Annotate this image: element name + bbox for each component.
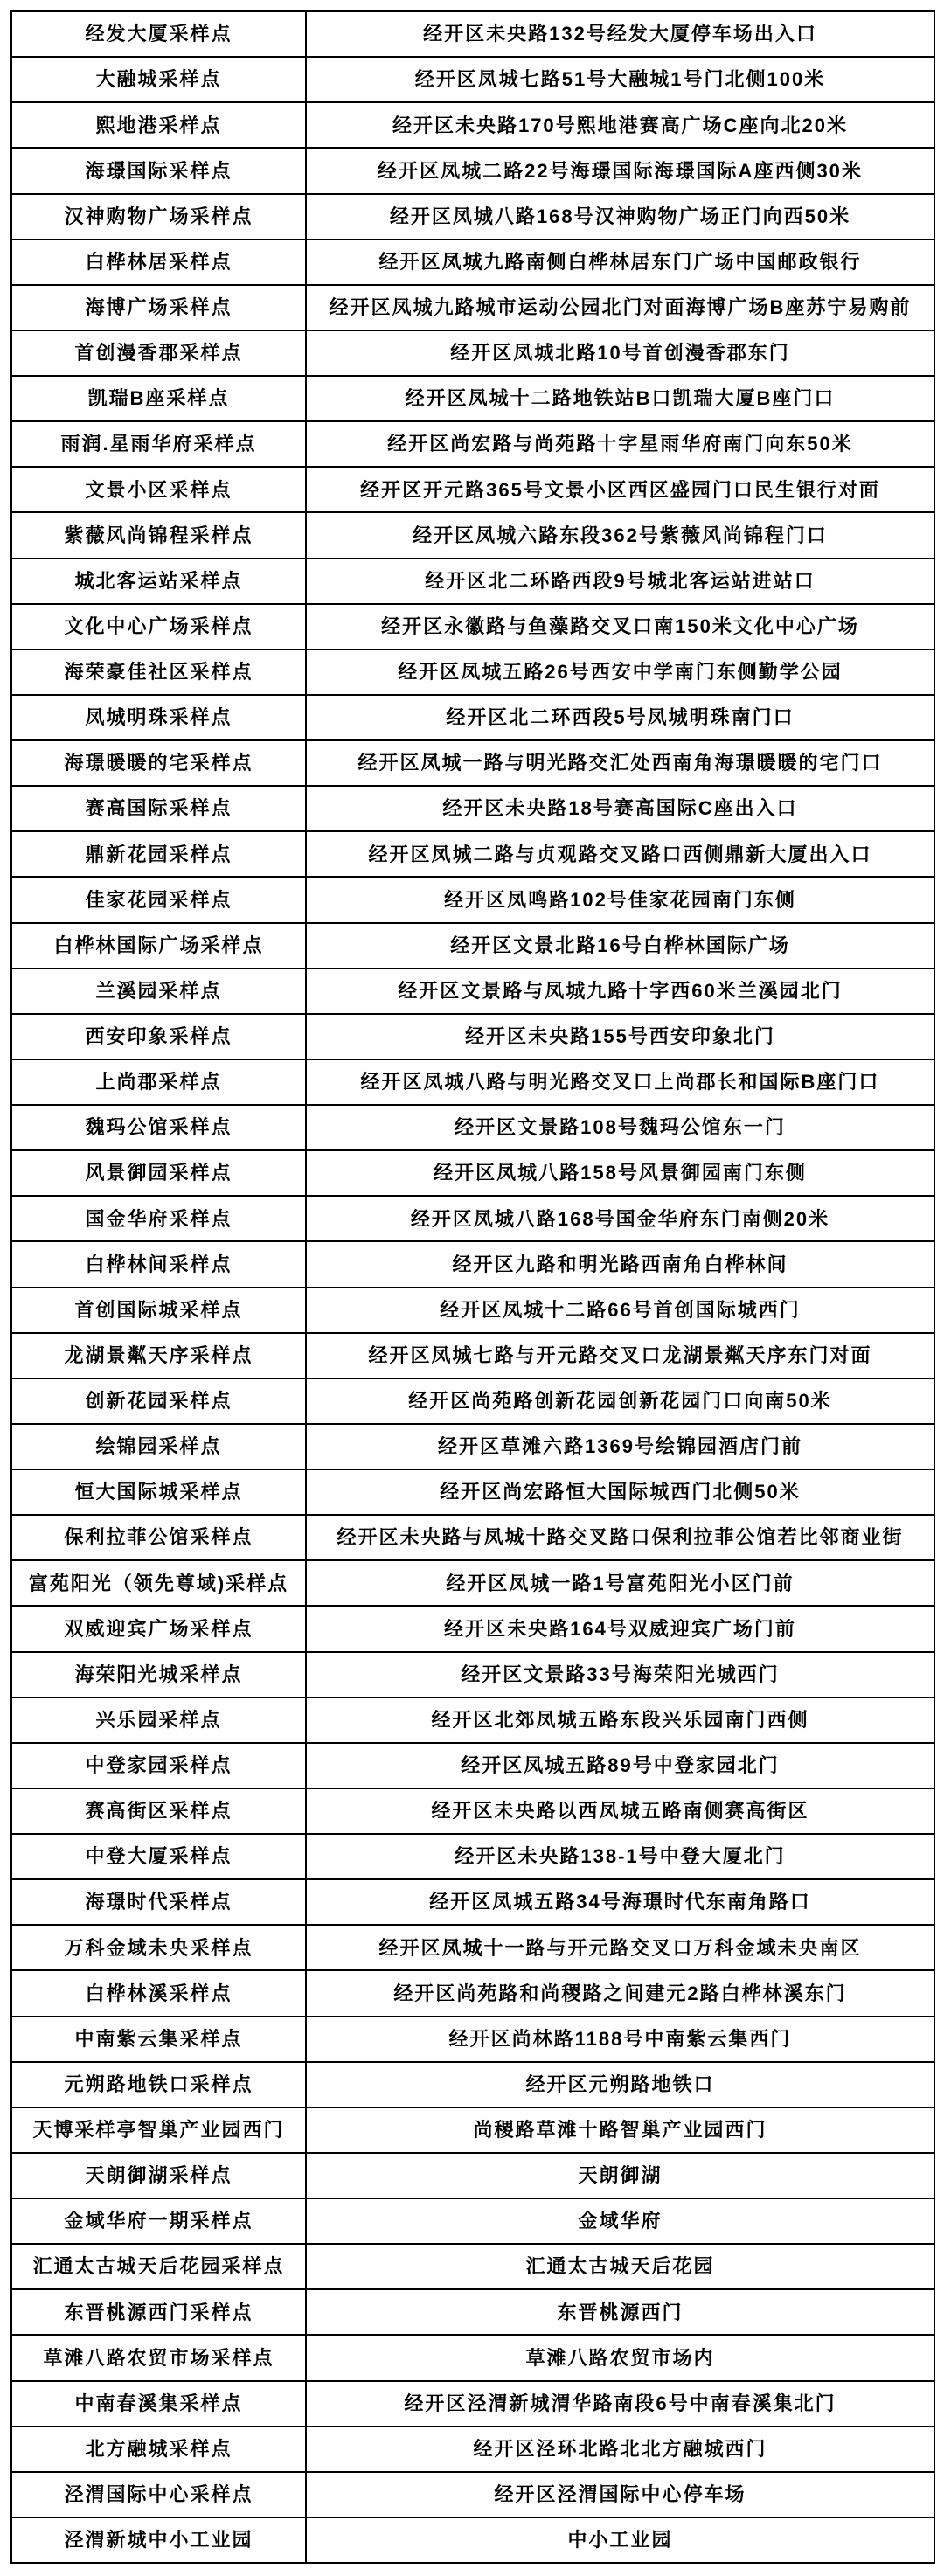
table-row: 国金华府采样点 经开区凤城八路168号国金华府东门南侧20米 bbox=[11, 1196, 934, 1241]
site-address-cell: 经开区泾渭国际中心停车场 bbox=[306, 2472, 934, 2517]
table-row: 草滩八路农贸市场采样点 草滩八路农贸市场内 bbox=[11, 2335, 934, 2380]
site-name-cell: 佳家花园采样点 bbox=[11, 877, 306, 922]
site-name-cell: 海博广场采样点 bbox=[11, 285, 306, 330]
site-name-cell: 西安印象采样点 bbox=[11, 1014, 306, 1059]
site-name-cell: 汇通太古城天后花园采样点 bbox=[11, 2244, 306, 2289]
table-row: 龙湖景粼天序采样点 经开区凤城七路与开元路交叉口龙湖景粼天序东门对面 bbox=[11, 1333, 934, 1378]
table-row: 恒大国际城采样点 经开区尚宏路恒大国际城西门北侧50米 bbox=[11, 1469, 934, 1515]
table-row: 保利拉菲公馆采样点 经开区未央路与凤城十路交叉路口保利拉菲公馆若比邻商业街 bbox=[11, 1515, 934, 1560]
site-address-cell: 经开区泾环北路北北方融城西门 bbox=[306, 2427, 934, 2472]
site-address-cell: 经开区九路和明光路西南角白桦林间 bbox=[306, 1241, 934, 1287]
table-row: 经发大厦采样点 经开区未央路132号经发大厦停车场出入口 bbox=[11, 11, 934, 57]
table-row: 海博广场采样点 经开区凤城九路城市运动公园北门对面海博广场B座苏宁易购前 bbox=[11, 285, 934, 330]
table-row: 双威迎宾广场采样点 经开区未央路164号双威迎宾广场门前 bbox=[11, 1606, 934, 1651]
site-address-cell: 经开区凤城十二路66号首创国际城西门 bbox=[306, 1288, 934, 1333]
table-row: 白桦林间采样点 经开区九路和明光路西南角白桦林间 bbox=[11, 1241, 934, 1287]
site-address-cell: 经开区凤城八路158号风景御园南门东侧 bbox=[306, 1150, 934, 1196]
site-name-cell: 白桦林国际广场采样点 bbox=[11, 923, 306, 969]
site-name-cell: 天博采样亭智巢产业园西门 bbox=[11, 2107, 306, 2153]
table-row: 首创国际城采样点 经开区凤城十二路66号首创国际城西门 bbox=[11, 1288, 934, 1333]
table-row: 紫薇风尚锦程采样点 经开区凤城六路东段362号紫薇风尚锦程门口 bbox=[11, 512, 934, 558]
site-address-cell: 经开区未央路170号熙地港赛高广场C座向北20米 bbox=[306, 102, 934, 148]
site-address-cell: 经开区凤城一路1号富苑阳光小区门前 bbox=[306, 1560, 934, 1606]
site-address-cell: 经开区凤城八路与明光路交叉口上尚郡长和国际B座门口 bbox=[306, 1059, 934, 1105]
site-address-cell: 经开区凤城九路南侧白桦林居东门广场中国邮政银行 bbox=[306, 240, 934, 285]
table-row: 文景小区采样点 经开区开元路365号文景小区西区盛园门口民生银行对面 bbox=[11, 467, 934, 512]
site-address-cell: 经开区凤城八路168号汉神购物广场正门向西50米 bbox=[306, 194, 934, 240]
table-row: 金域华府一期采样点 金域华府 bbox=[11, 2198, 934, 2244]
site-address-cell: 经开区尚宏路恒大国际城西门北侧50米 bbox=[306, 1469, 934, 1515]
table-row: 富苑阳光（领先尊域)采样点 经开区凤城一路1号富苑阳光小区门前 bbox=[11, 1560, 934, 1606]
site-address-cell: 经开区永徽路与鱼藻路交叉口南150米文化中心广场 bbox=[306, 604, 934, 649]
table-row: 白桦林国际广场采样点 经开区文景北路16号白桦林国际广场 bbox=[11, 923, 934, 969]
site-address-cell: 经开区文景路33号海荣阳光城西门 bbox=[306, 1652, 934, 1698]
site-address-cell: 经开区凤城七路51号大融城1号门北侧100米 bbox=[306, 57, 934, 102]
table-row: 绘锦园采样点 经开区草滩六路1369号绘锦园酒店门前 bbox=[11, 1424, 934, 1469]
site-name-cell: 创新花园采样点 bbox=[11, 1378, 306, 1424]
site-address-cell: 经开区未央路164号双威迎宾广场门前 bbox=[306, 1606, 934, 1651]
site-address-cell: 经开区凤城九路城市运动公园北门对面海博广场B座苏宁易购前 bbox=[306, 285, 934, 330]
site-name-cell: 中登大厦采样点 bbox=[11, 1834, 306, 1879]
site-name-cell: 经发大厦采样点 bbox=[11, 11, 306, 57]
site-name-cell: 海璟暖暖的宅采样点 bbox=[11, 740, 306, 786]
site-name-cell: 凤城明珠采样点 bbox=[11, 695, 306, 740]
site-name-cell: 万科金域未央采样点 bbox=[11, 1925, 306, 1970]
site-name-cell: 白桦林居采样点 bbox=[11, 240, 306, 285]
site-address-cell: 经开区凤城十一路与开元路交叉口万科金域未央南区 bbox=[306, 1925, 934, 1970]
table-row: 泾渭新城中小工业园 中小工业园 bbox=[11, 2517, 934, 2563]
site-address-cell: 汇通太古城天后花园 bbox=[306, 2244, 934, 2289]
site-address-cell: 经开区凤城八路168号国金华府东门南侧20米 bbox=[306, 1196, 934, 1241]
site-name-cell: 天朗御湖采样点 bbox=[11, 2153, 306, 2198]
table-row: 白桦林溪采样点 经开区尚苑路和尚稷路之间建元2路白桦林溪东门 bbox=[11, 1970, 934, 2016]
site-name-cell: 金域华府一期采样点 bbox=[11, 2198, 306, 2244]
table-row: 凯瑞B座采样点 经开区凤城十二路地铁站B口凯瑞大厦B座门口 bbox=[11, 376, 934, 421]
site-name-cell: 保利拉菲公馆采样点 bbox=[11, 1515, 306, 1560]
site-address-cell: 尚稷路草滩十路智巢产业园西门 bbox=[306, 2107, 934, 2153]
site-name-cell: 龙湖景粼天序采样点 bbox=[11, 1333, 306, 1378]
site-name-cell: 熙地港采样点 bbox=[11, 102, 306, 148]
table-row: 熙地港采样点 经开区未央路170号熙地港赛高广场C座向北20米 bbox=[11, 102, 934, 148]
site-name-cell: 兴乐园采样点 bbox=[11, 1698, 306, 1743]
site-name-cell: 雨润.星雨华府采样点 bbox=[11, 421, 306, 467]
table-row: 海璟国际采样点 经开区凤城二路22号海璟国际海璟国际A座西侧30米 bbox=[11, 148, 934, 193]
site-address-cell: 经开区未央路138-1号中登大厦北门 bbox=[306, 1834, 934, 1879]
site-address-cell: 经开区尚宏路与尚苑路十字星雨华府南门向东50米 bbox=[306, 421, 934, 467]
table-row: 鼎新花园采样点 经开区凤城二路与贞观路交叉路口西侧鼎新大厦出入口 bbox=[11, 831, 934, 877]
site-address-cell: 天朗御湖 bbox=[306, 2153, 934, 2198]
table-row: 海璟暖暖的宅采样点 经开区凤城一路与明光路交汇处西南角海璟暖暖的宅门口 bbox=[11, 740, 934, 786]
site-name-cell: 泾渭新城中小工业园 bbox=[11, 2517, 306, 2563]
site-address-cell: 经开区凤城一路与明光路交汇处西南角海璟暖暖的宅门口 bbox=[306, 740, 934, 786]
table-row: 汇通太古城天后花园采样点 汇通太古城天后花园 bbox=[11, 2244, 934, 2289]
site-name-cell: 海荣豪佳社区采样点 bbox=[11, 649, 306, 695]
site-name-cell: 上尚郡采样点 bbox=[11, 1059, 306, 1105]
site-address-cell: 经开区北郊凤城五路东段兴乐园南门西侧 bbox=[306, 1698, 934, 1743]
site-name-cell: 文景小区采样点 bbox=[11, 467, 306, 512]
site-address-cell: 中小工业园 bbox=[306, 2517, 934, 2563]
site-name-cell: 东晋桃源西门采样点 bbox=[11, 2289, 306, 2335]
site-name-cell: 海璟时代采样点 bbox=[11, 1879, 306, 1925]
site-address-cell: 经开区凤城六路东段362号紫薇风尚锦程门口 bbox=[306, 512, 934, 558]
site-name-cell: 紫薇风尚锦程采样点 bbox=[11, 512, 306, 558]
page: 经发大厦采样点 经开区未央路132号经发大厦停车场出入口 大融城采样点 经开区凤… bbox=[0, 0, 944, 2576]
site-address-cell: 经开区凤城五路89号中登家园北门 bbox=[306, 1743, 934, 1788]
site-name-cell: 草滩八路农贸市场采样点 bbox=[11, 2335, 306, 2380]
site-name-cell: 赛高街区采样点 bbox=[11, 1788, 306, 1834]
table-row: 天博采样亭智巢产业园西门 尚稷路草滩十路智巢产业园西门 bbox=[11, 2107, 934, 2153]
site-address-cell: 经开区未央路以西凤城五路南侧赛高街区 bbox=[306, 1788, 934, 1834]
site-address-cell: 经开区北二环西段5号凤城明珠南门口 bbox=[306, 695, 934, 740]
table-row: 中南春溪集采样点 经开区泾渭新城渭华路南段6号中南春溪集北门 bbox=[11, 2381, 934, 2427]
site-name-cell: 魏玛公馆采样点 bbox=[11, 1105, 306, 1150]
table-row: 雨润.星雨华府采样点 经开区尚宏路与尚苑路十字星雨华府南门向东50米 bbox=[11, 421, 934, 467]
site-address-cell: 经开区文景路与凤城九路十字西60米兰溪园北门 bbox=[306, 969, 934, 1014]
site-address-cell: 经开区尚林路1188号中南紫云集西门 bbox=[306, 2017, 934, 2062]
site-address-cell: 经开区凤鸣路102号佳家花园南门东侧 bbox=[306, 877, 934, 922]
site-address-cell: 经开区北二环路西段9号城北客运站进站口 bbox=[306, 559, 934, 604]
site-name-cell: 白桦林溪采样点 bbox=[11, 1970, 306, 2016]
table-row: 万科金域未央采样点 经开区凤城十一路与开元路交叉口万科金域未央南区 bbox=[11, 1925, 934, 1970]
table-row: 魏玛公馆采样点 经开区文景路108号魏玛公馆东一门 bbox=[11, 1105, 934, 1150]
table-row: 海荣阳光城采样点 经开区文景路33号海荣阳光城西门 bbox=[11, 1652, 934, 1698]
site-address-cell: 经开区尚苑路和尚稷路之间建元2路白桦林溪东门 bbox=[306, 1970, 934, 2016]
table-row: 海荣豪佳社区采样点 经开区凤城五路26号西安中学南门东侧勤学公园 bbox=[11, 649, 934, 695]
table-row: 兰溪园采样点 经开区文景路与凤城九路十字西60米兰溪园北门 bbox=[11, 969, 934, 1014]
table-row: 中登大厦采样点 经开区未央路138-1号中登大厦北门 bbox=[11, 1834, 934, 1879]
site-name-cell: 凯瑞B座采样点 bbox=[11, 376, 306, 421]
site-name-cell: 中登家园采样点 bbox=[11, 1743, 306, 1788]
table-row: 中登家园采样点 经开区凤城五路89号中登家园北门 bbox=[11, 1743, 934, 1788]
site-name-cell: 元朔路地铁口采样点 bbox=[11, 2062, 306, 2107]
table-row: 西安印象采样点 经开区未央路155号西安印象北门 bbox=[11, 1014, 934, 1059]
site-name-cell: 大融城采样点 bbox=[11, 57, 306, 102]
table-row: 兴乐园采样点 经开区北郊凤城五路东段兴乐园南门西侧 bbox=[11, 1698, 934, 1743]
site-name-cell: 鼎新花园采样点 bbox=[11, 831, 306, 877]
site-address-cell: 经开区未央路155号西安印象北门 bbox=[306, 1014, 934, 1059]
table-row: 中南紫云集采样点 经开区尚林路1188号中南紫云集西门 bbox=[11, 2017, 934, 2062]
site-name-cell: 兰溪园采样点 bbox=[11, 969, 306, 1014]
site-name-cell: 首创漫香郡采样点 bbox=[11, 330, 306, 376]
site-name-cell: 中南春溪集采样点 bbox=[11, 2381, 306, 2427]
site-address-cell: 经开区元朔路地铁口 bbox=[306, 2062, 934, 2107]
table-row: 元朔路地铁口采样点 经开区元朔路地铁口 bbox=[11, 2062, 934, 2107]
site-address-cell: 经开区凤城五路26号西安中学南门东侧勤学公园 bbox=[306, 649, 934, 695]
site-address-cell: 金域华府 bbox=[306, 2198, 934, 2244]
site-address-cell: 经开区凤城二路22号海璟国际海璟国际A座西侧30米 bbox=[306, 148, 934, 193]
table-row: 凤城明珠采样点 经开区北二环西段5号凤城明珠南门口 bbox=[11, 695, 934, 740]
table-row: 海璟时代采样点 经开区凤城五路34号海璟时代东南角路口 bbox=[11, 1879, 934, 1925]
site-name-cell: 中南紫云集采样点 bbox=[11, 2017, 306, 2062]
site-address-cell: 经开区文景北路16号白桦林国际广场 bbox=[306, 923, 934, 969]
table-row: 佳家花园采样点 经开区凤鸣路102号佳家花园南门东侧 bbox=[11, 877, 934, 922]
site-address-cell: 经开区开元路365号文景小区西区盛园门口民生银行对面 bbox=[306, 467, 934, 512]
table-row: 天朗御湖采样点 天朗御湖 bbox=[11, 2153, 934, 2198]
table-row: 风景御园采样点 经开区凤城八路158号风景御园南门东侧 bbox=[11, 1150, 934, 1196]
site-address-cell: 东晋桃源西门 bbox=[306, 2289, 934, 2335]
table-row: 赛高国际采样点 经开区未央路18号赛高国际C座出入口 bbox=[11, 786, 934, 831]
site-name-cell: 汉神购物广场采样点 bbox=[11, 194, 306, 240]
table-row: 赛高街区采样点 经开区未央路以西凤城五路南侧赛高街区 bbox=[11, 1788, 934, 1834]
site-address-cell: 经开区未央路18号赛高国际C座出入口 bbox=[306, 786, 934, 831]
table-row: 首创漫香郡采样点 经开区凤城北路10号首创漫香郡东门 bbox=[11, 330, 934, 376]
site-name-cell: 北方融城采样点 bbox=[11, 2427, 306, 2472]
table-row: 汉神购物广场采样点 经开区凤城八路168号汉神购物广场正门向西50米 bbox=[11, 194, 934, 240]
site-name-cell: 白桦林间采样点 bbox=[11, 1241, 306, 1287]
site-address-cell: 经开区凤城五路34号海璟时代东南角路口 bbox=[306, 1879, 934, 1925]
table-row: 白桦林居采样点 经开区凤城九路南侧白桦林居东门广场中国邮政银行 bbox=[11, 240, 934, 285]
site-address-cell: 经开区凤城二路与贞观路交叉路口西侧鼎新大厦出入口 bbox=[306, 831, 934, 877]
site-name-cell: 海璟国际采样点 bbox=[11, 148, 306, 193]
site-name-cell: 绘锦园采样点 bbox=[11, 1424, 306, 1469]
site-address-cell: 经开区草滩六路1369号绘锦园酒店门前 bbox=[306, 1424, 934, 1469]
table-row: 创新花园采样点 经开区尚苑路创新花园创新花园门口向南50米 bbox=[11, 1378, 934, 1424]
site-name-cell: 赛高国际采样点 bbox=[11, 786, 306, 831]
site-address-cell: 经开区凤城北路10号首创漫香郡东门 bbox=[306, 330, 934, 376]
site-address-cell: 经开区尚苑路创新花园创新花园门口向南50米 bbox=[306, 1378, 934, 1424]
site-address-cell: 草滩八路农贸市场内 bbox=[306, 2335, 934, 2380]
site-name-cell: 风景御园采样点 bbox=[11, 1150, 306, 1196]
site-address-cell: 经开区凤城十二路地铁站B口凯瑞大厦B座门口 bbox=[306, 376, 934, 421]
table-row: 城北客运站采样点 经开区北二环路西段9号城北客运站进站口 bbox=[11, 559, 934, 604]
site-address-cell: 经开区未央路132号经发大厦停车场出入口 bbox=[306, 11, 934, 57]
table-row: 大融城采样点 经开区凤城七路51号大融城1号门北侧100米 bbox=[11, 57, 934, 102]
table-body: 经发大厦采样点 经开区未央路132号经发大厦停车场出入口 大融城采样点 经开区凤… bbox=[11, 11, 934, 2563]
site-address-cell: 经开区未央路与凤城十路交叉路口保利拉菲公馆若比邻商业街 bbox=[306, 1515, 934, 1560]
site-name-cell: 首创国际城采样点 bbox=[11, 1288, 306, 1333]
site-address-cell: 经开区文景路108号魏玛公馆东一门 bbox=[306, 1105, 934, 1150]
table-row: 文化中心广场采样点 经开区永徽路与鱼藻路交叉口南150米文化中心广场 bbox=[11, 604, 934, 649]
table-row: 北方融城采样点 经开区泾环北路北北方融城西门 bbox=[11, 2427, 934, 2472]
site-address-cell: 经开区泾渭新城渭华路南段6号中南春溪集北门 bbox=[306, 2381, 934, 2427]
site-name-cell: 城北客运站采样点 bbox=[11, 559, 306, 604]
site-name-cell: 富苑阳光（领先尊域)采样点 bbox=[11, 1560, 306, 1606]
sampling-points-table: 经发大厦采样点 经开区未央路132号经发大厦停车场出入口 大融城采样点 经开区凤… bbox=[10, 10, 935, 2564]
site-name-cell: 泾渭国际中心采样点 bbox=[11, 2472, 306, 2517]
table-row: 东晋桃源西门采样点 东晋桃源西门 bbox=[11, 2289, 934, 2335]
table-row: 泾渭国际中心采样点 经开区泾渭国际中心停车场 bbox=[11, 2472, 934, 2517]
site-name-cell: 国金华府采样点 bbox=[11, 1196, 306, 1241]
table-row: 上尚郡采样点 经开区凤城八路与明光路交叉口上尚郡长和国际B座门口 bbox=[11, 1059, 934, 1105]
site-name-cell: 海荣阳光城采样点 bbox=[11, 1652, 306, 1698]
site-address-cell: 经开区凤城七路与开元路交叉口龙湖景粼天序东门对面 bbox=[306, 1333, 934, 1378]
site-name-cell: 双威迎宾广场采样点 bbox=[11, 1606, 306, 1651]
site-name-cell: 恒大国际城采样点 bbox=[11, 1469, 306, 1515]
site-name-cell: 文化中心广场采样点 bbox=[11, 604, 306, 649]
